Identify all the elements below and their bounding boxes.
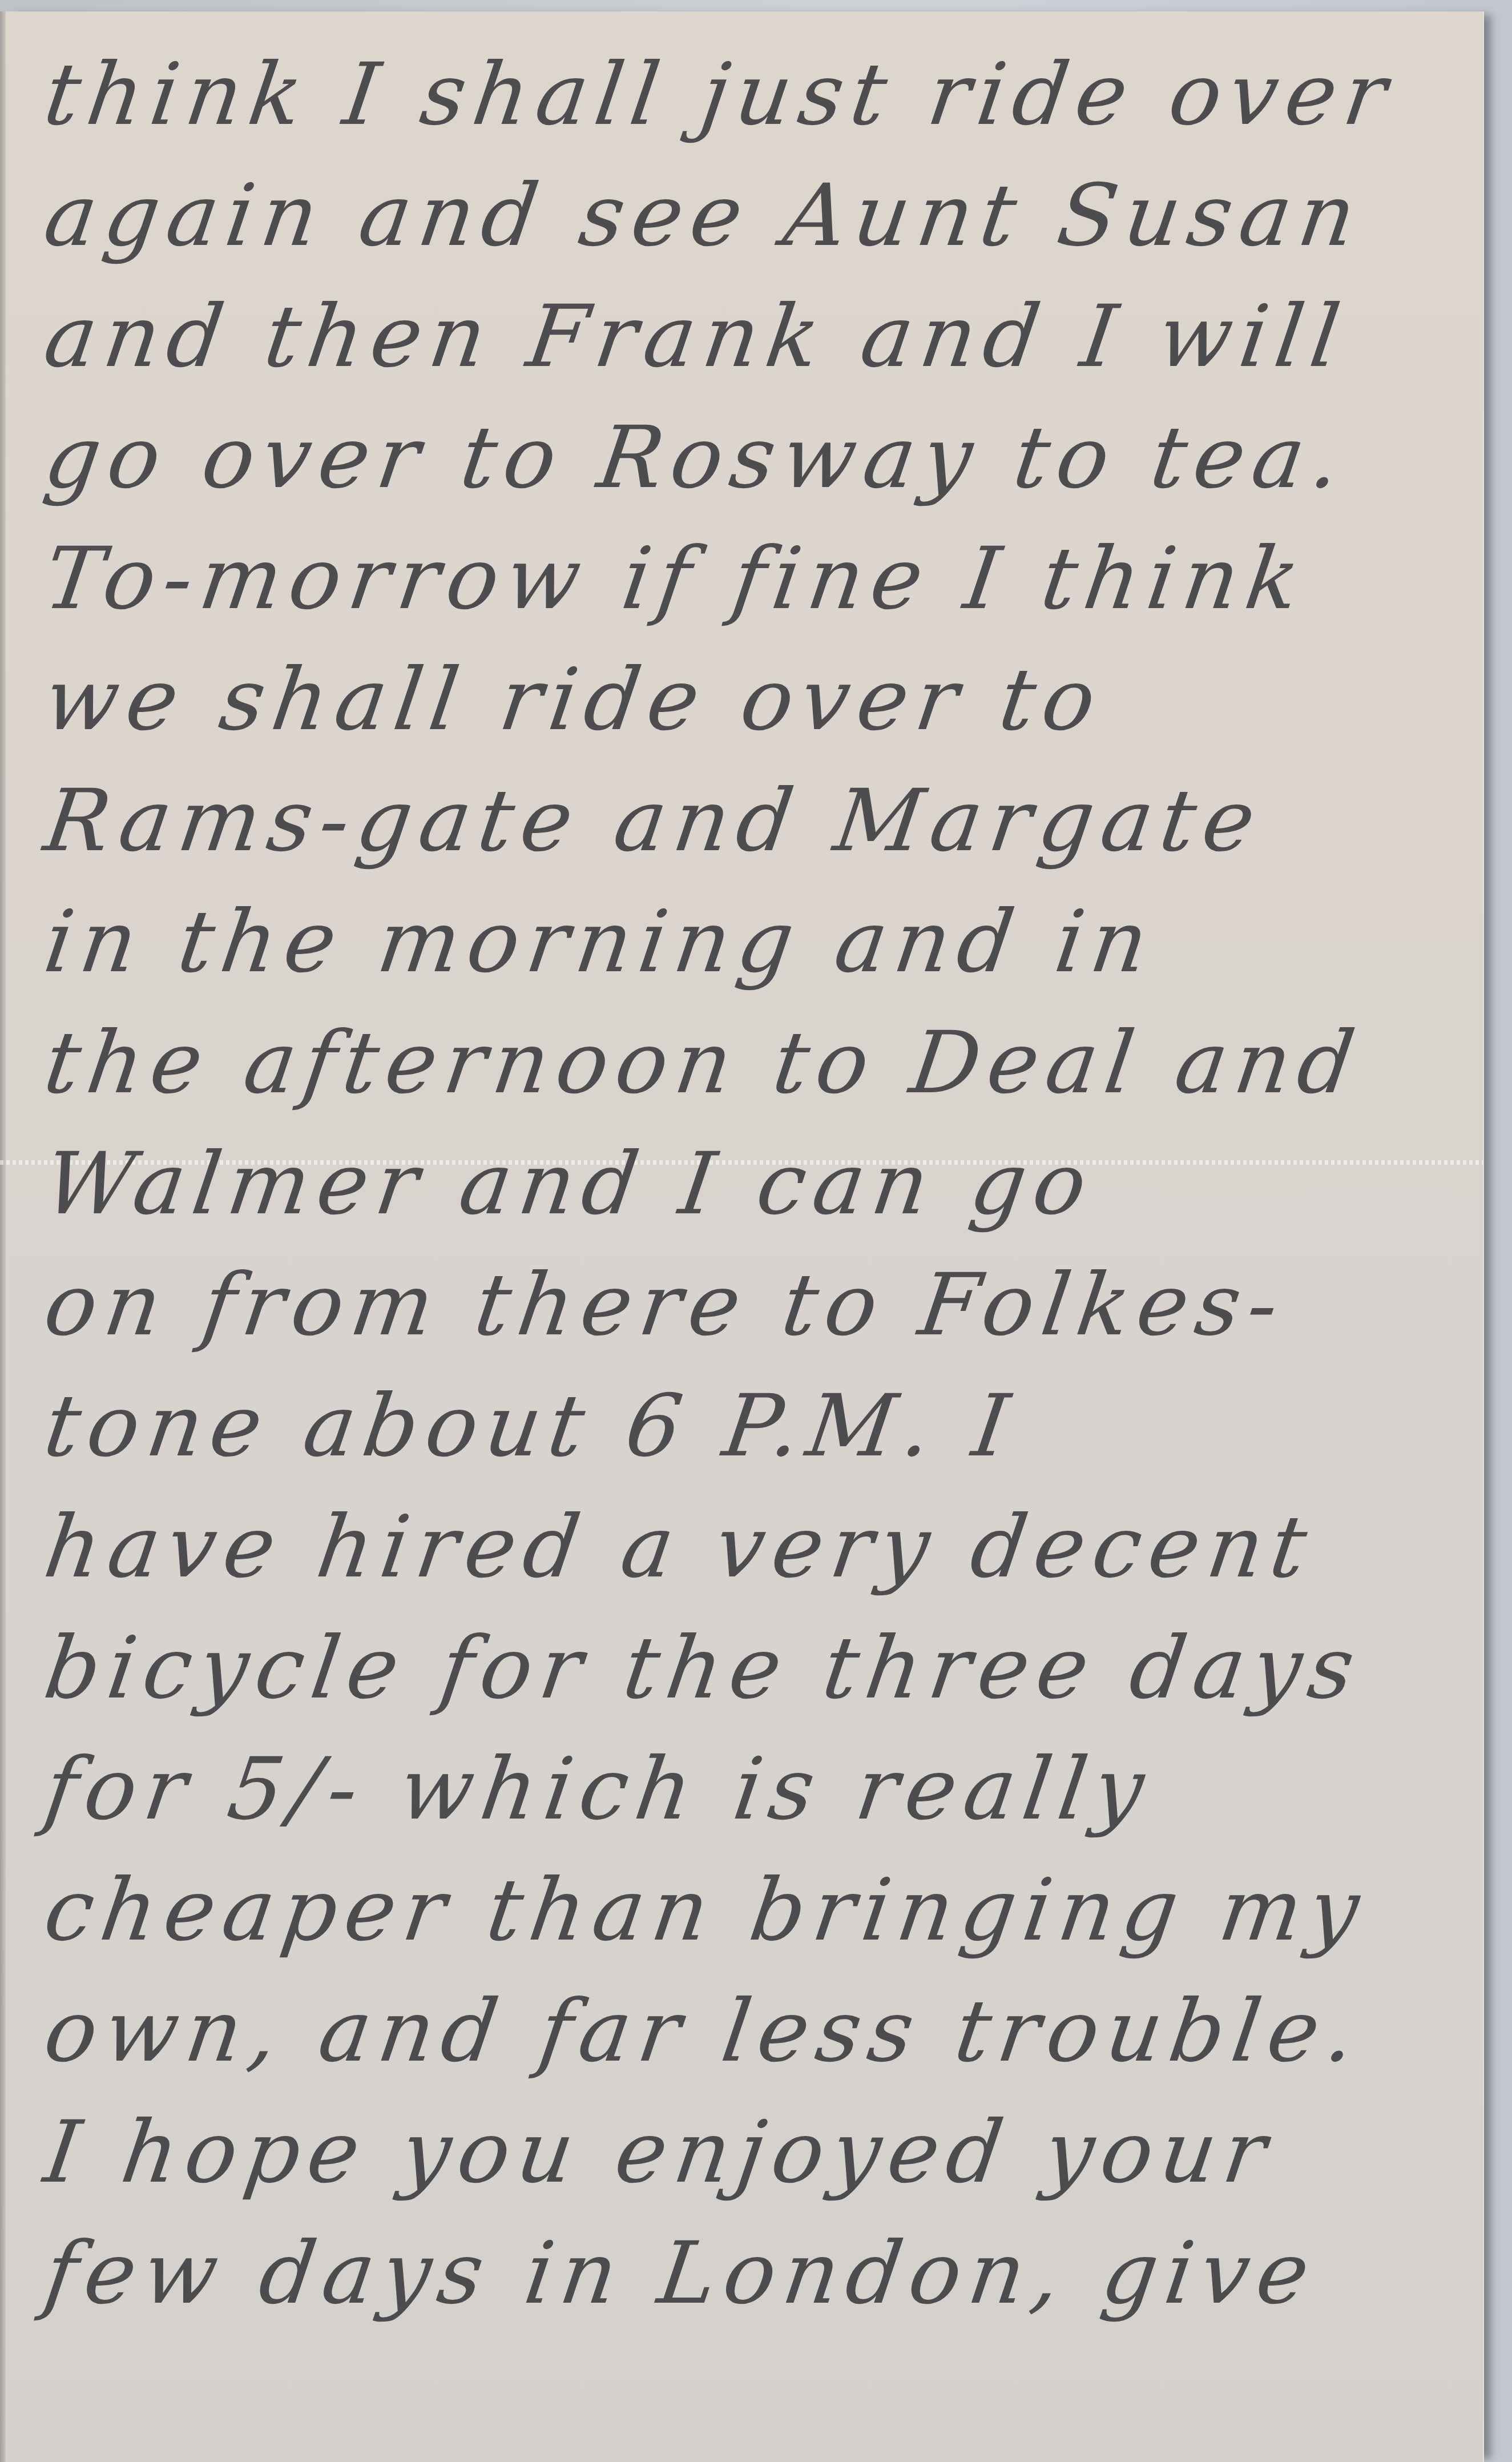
text-line: own, and far less trouble. bbox=[37, 1971, 1470, 2092]
text-line: on from there to Folkes- bbox=[37, 1245, 1470, 1366]
text-line: in the morning and in bbox=[37, 882, 1470, 1003]
handwritten-text-block: think I shall just ride over again and s… bbox=[46, 34, 1461, 2334]
text-line: go over to Rosway to tea. bbox=[37, 397, 1470, 518]
text-line: few days in London, give bbox=[37, 2213, 1470, 2334]
text-line: have hired a very decent bbox=[37, 1487, 1470, 1608]
text-line: we shall ride over to bbox=[37, 639, 1470, 761]
text-line: the afternoon to Deal and bbox=[37, 1003, 1470, 1124]
text-line: again and see Aunt Susan bbox=[37, 155, 1470, 276]
text-line: I hope you enjoyed your bbox=[37, 2092, 1470, 2213]
text-line: for 5/- which is really bbox=[37, 1729, 1470, 1850]
text-line: and then Frank and I will bbox=[37, 276, 1470, 397]
text-line: think I shall just ride over bbox=[37, 34, 1470, 155]
text-line: bicycle for the three days bbox=[37, 1608, 1470, 1729]
text-line: To-morrow if fine I think bbox=[37, 518, 1470, 639]
text-line: Rams-gate and Margate bbox=[37, 761, 1470, 882]
text-line: tone about 6 P.M. I bbox=[37, 1366, 1470, 1487]
letter-page: think I shall just ride over again and s… bbox=[0, 11, 1484, 2462]
text-line: Walmer and I can go bbox=[37, 1124, 1470, 1245]
text-line: cheaper than bringing my bbox=[37, 1850, 1470, 1971]
